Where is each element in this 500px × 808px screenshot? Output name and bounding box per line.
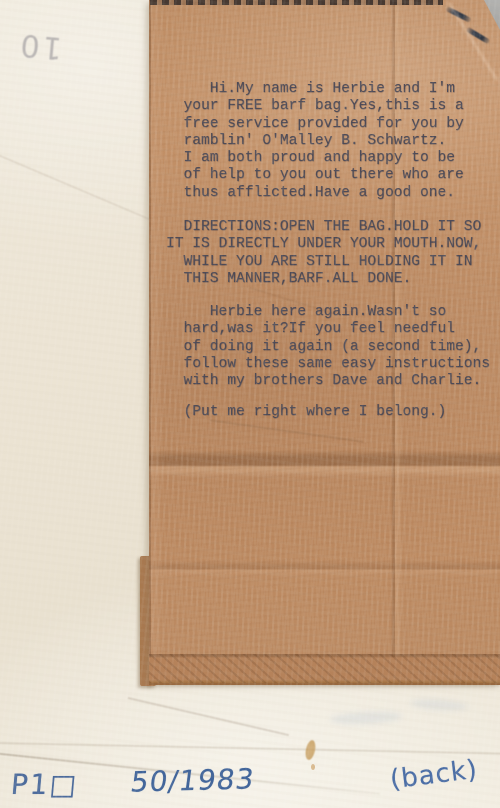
typed-paragraph-intro: Hi.My name is Herbie and I'm your FREE b… xyxy=(166,81,500,202)
typed-line: WHILE YOU ARE STILL HOLDING IT IN xyxy=(166,254,500,271)
typed-line: I am both proud and happy to be xyxy=(166,150,500,167)
typed-line: DIRECTIONS:OPEN THE BAG.HOLD IT SO xyxy=(166,219,500,236)
page-crease xyxy=(0,742,500,754)
handwritten-back-label: (back) xyxy=(389,755,480,796)
typed-line: IT IS DIRECTLY UNDER YOUR MOUTH.NOW, xyxy=(166,236,500,253)
typed-line: free service provided for you by xyxy=(166,116,500,133)
bag-bottom-fold xyxy=(149,654,500,685)
ink-show-through xyxy=(410,698,469,712)
typed-line: of doing it again (a second time), xyxy=(166,339,500,356)
typed-line: your FREE barf bag.Yes,this is a xyxy=(166,98,500,115)
page-crease xyxy=(128,697,289,736)
typed-line: follow these same easy instructions xyxy=(166,356,500,373)
typed-line: Hi.My name is Herbie and I'm xyxy=(166,81,500,98)
typed-line: (Put me right where I belong.) xyxy=(166,404,500,421)
page-crease xyxy=(0,148,159,224)
typed-paragraph-outro: Herbie here again.Wasn't so hard,was it?… xyxy=(166,304,500,390)
handwritten-catalog-number: 50/1983 xyxy=(129,762,257,798)
typed-line: thus afflicted.Have a good one. xyxy=(166,185,500,202)
scrapbook-page-photo: 10 Hi.My name is Herbie and I'm your FRE… xyxy=(0,0,500,808)
page-number-show-through: 10 xyxy=(9,28,63,62)
typed-line: with my brothers Dave and Charlie. xyxy=(166,373,500,390)
typed-paragraph-directions: DIRECTIONS:OPEN THE BAG.HOLD IT SOIT IS … xyxy=(166,219,500,288)
page-stain xyxy=(304,739,317,760)
typed-line: Herbie here again.Wasn't so xyxy=(166,304,500,321)
typed-paragraph-signoff: (Put me right where I belong.) xyxy=(166,404,500,421)
ink-show-through xyxy=(330,710,403,726)
handwritten-item-label: P1□ xyxy=(10,768,80,801)
typed-line: THIS MANNER,BARF.ALL DONE. xyxy=(166,271,500,288)
typed-line: hard,was it?If you feel needful xyxy=(166,321,500,338)
bag-serrated-top-edge xyxy=(150,0,443,5)
page-stain xyxy=(311,764,315,770)
typed-line: of help to you out there who are xyxy=(166,167,500,184)
typed-line: ramblin' O'Malley B. Schwartz. xyxy=(166,133,500,150)
